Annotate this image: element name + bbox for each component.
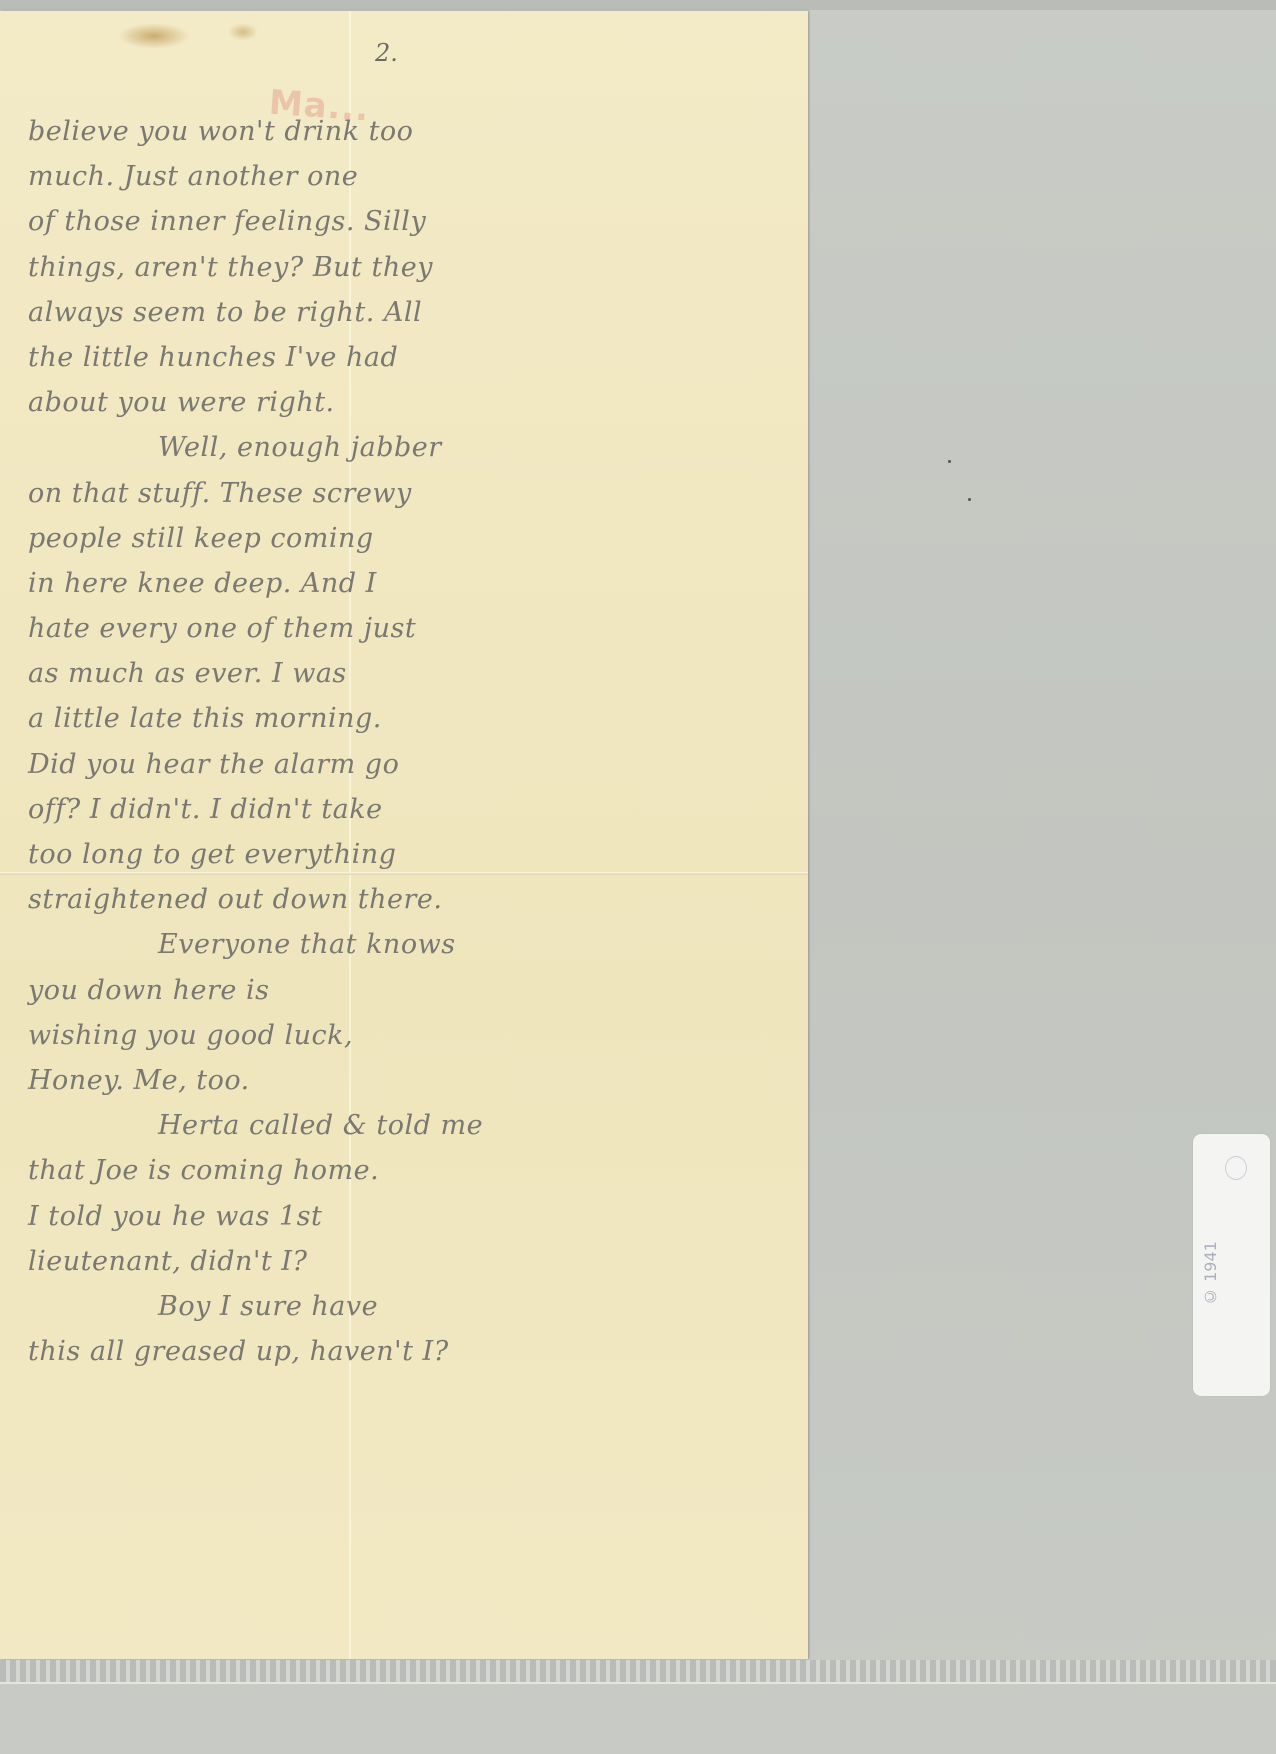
letter-line: this all greased up, haven't I? (28, 1329, 798, 1374)
letter-line: I told you he was 1st (28, 1194, 798, 1239)
scanner-top-edge (0, 0, 1276, 10)
letter-line: in here knee deep. And I (28, 561, 798, 606)
letter-line: you down here is (28, 968, 798, 1013)
letter-line: Boy I sure have (28, 1284, 798, 1329)
dust-speck (948, 460, 951, 463)
page-number: 2. (375, 39, 398, 67)
stain (118, 23, 190, 49)
sleeve-binder-strip (0, 1660, 1276, 1684)
letter-line: Herta called & told me (28, 1103, 798, 1148)
letter-line: too long to get everything (28, 832, 798, 877)
letter-line: straightened out down there. (28, 877, 798, 922)
letter-line: Everyone that knows (28, 922, 798, 967)
letter-line: as much as ever. I was (28, 651, 798, 696)
letter-line: Did you hear the alarm go (28, 742, 798, 787)
letter-line: a little late this morning. (28, 696, 798, 741)
archive-label-text: © 1941 (1201, 1164, 1261, 1384)
letter-line: Honey. Me, too. (28, 1058, 798, 1103)
letter-line: on that stuff. These screwy (28, 471, 798, 516)
letter-line: Well, enough jabber (28, 425, 798, 470)
letter-line: people still keep coming (28, 516, 798, 561)
letter-line: things, aren't they? But they (28, 245, 798, 290)
letter-line: wishing you good luck, (28, 1013, 798, 1058)
letter-line: about you were right. (28, 380, 798, 425)
letter-line: that Joe is coming home. (28, 1148, 798, 1193)
stain (228, 23, 258, 41)
dust-speck (968, 498, 971, 501)
letter-line: of those inner feelings. Silly (28, 199, 798, 244)
letter-body: believe you won't drink toomuch. Just an… (28, 109, 798, 1374)
letter-line: hate every one of them just (28, 606, 798, 651)
letter-line: lieutenant, didn't I? (28, 1239, 798, 1284)
letter-line: the little hunches I've had (28, 335, 798, 380)
letter-line: off? I didn't. I didn't take (28, 787, 798, 832)
letter-line: believe you won't drink too (28, 109, 798, 154)
letter-page: Ma... 2. believe you won't drink toomuch… (0, 11, 808, 1659)
letter-line: much. Just another one (28, 154, 798, 199)
letter-line: always seem to be right. All (28, 290, 798, 335)
archive-label: © 1941 (1193, 1134, 1270, 1396)
